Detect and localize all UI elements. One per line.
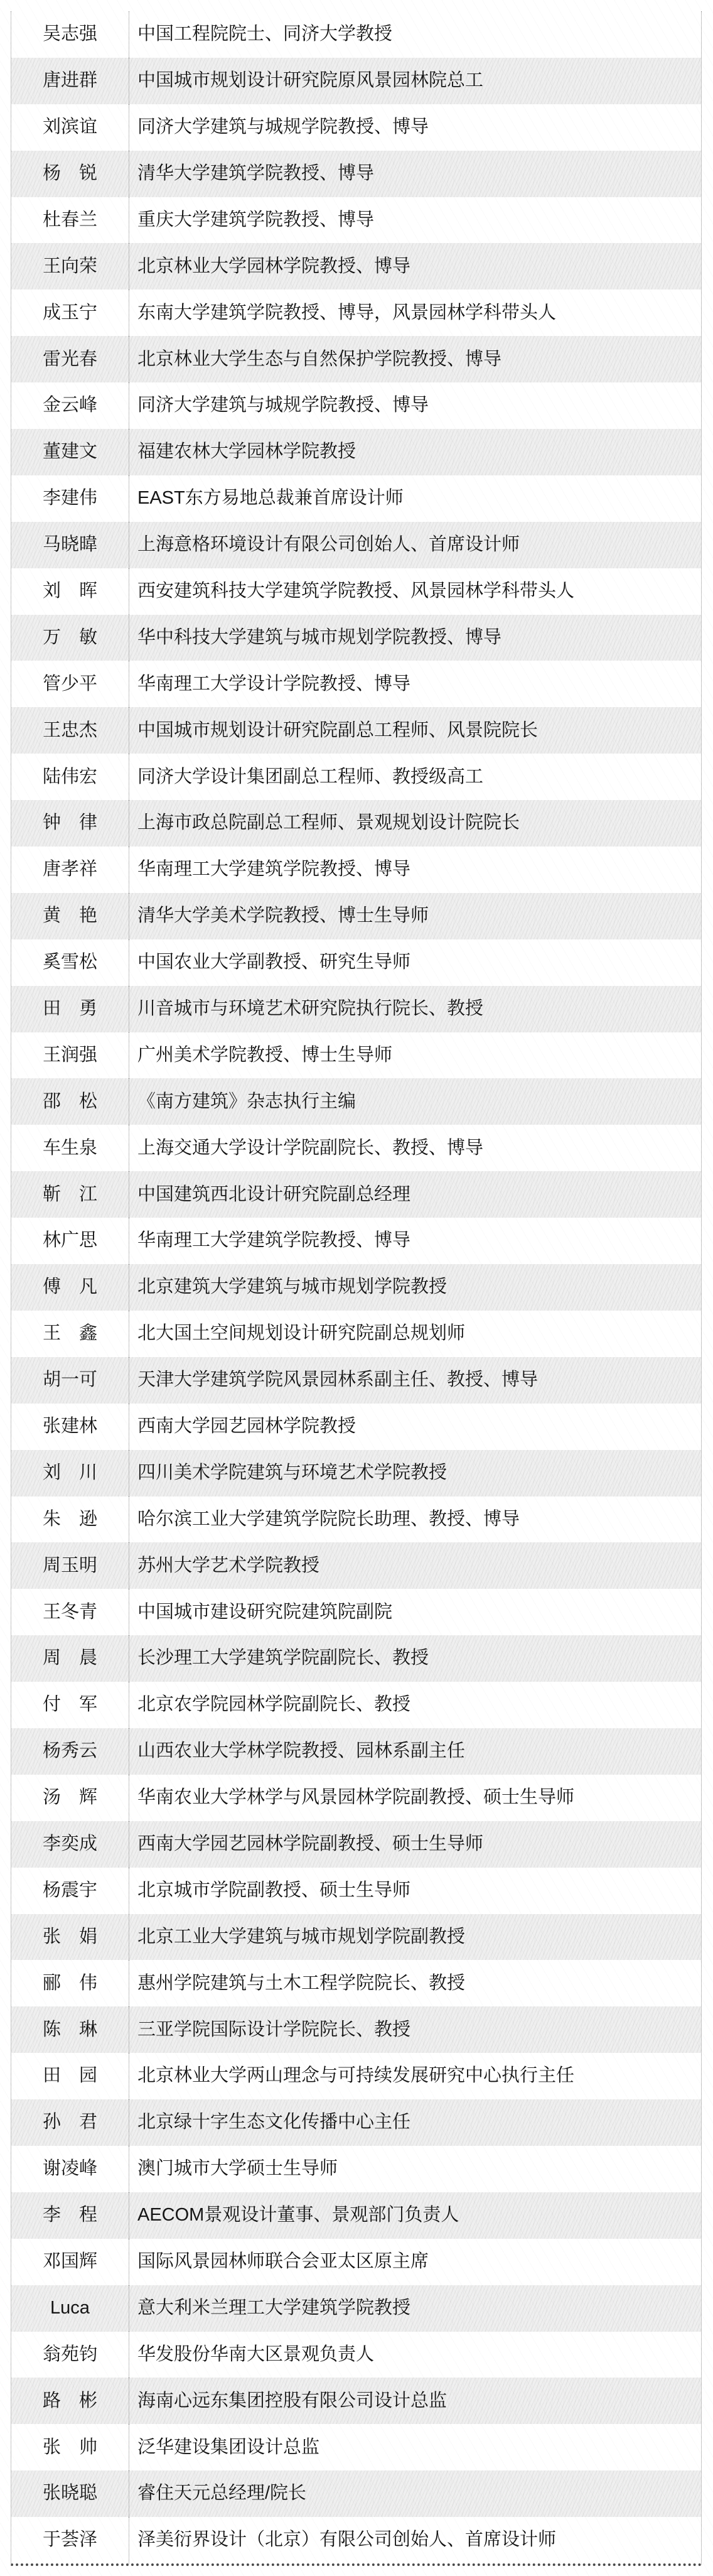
table-row: 张晓聪 睿住天元总经理/院长 xyxy=(11,2470,701,2517)
table-row: 邵 松 《南方建筑》杂志执行主编 xyxy=(11,1078,701,1125)
expert-name: 李奕成 xyxy=(11,1821,129,1868)
expert-name: 刘滨谊 xyxy=(11,104,129,151)
expert-title: 惠州学院建筑与土木工程学院院长、教授 xyxy=(129,1960,701,2006)
expert-name: 管少平 xyxy=(11,661,129,707)
table-row: 路 彬 海南心远东集团控股有限公司设计总监 xyxy=(11,2378,701,2424)
table-row: 王润强 广州美术学院教授、博士生导师 xyxy=(11,1032,701,1079)
table-row: 王 鑫 北大国土空间规划设计研究院副总规划师 xyxy=(11,1311,701,1357)
expert-name: Luca xyxy=(11,2285,129,2332)
table-row: 张建林 西南大学园艺园林学院教授 xyxy=(11,1404,701,1450)
expert-title: 华南理工大学设计学院教授、博导 xyxy=(129,661,701,707)
table-row: 杜春兰 重庆大学建筑学院教授、博导 xyxy=(11,197,701,244)
table-row: 刘 川 四川美术学院建筑与环境艺术学院教授 xyxy=(11,1450,701,1496)
expert-name: 孙 君 xyxy=(11,2099,129,2146)
expert-name: 林广思 xyxy=(11,1218,129,1264)
expert-title: 东南大学建筑学院教授、博导，风景园林学科带头人 xyxy=(129,290,701,336)
table-row: 傅 凡 北京建筑大学建筑与城市规划学院教授 xyxy=(11,1264,701,1311)
table-row: 李 程 AECOM景观设计董事、景观部门负责人 xyxy=(11,2192,701,2239)
table-row: 王忠杰 中国城市规划设计研究院副总工程师、风景院院长 xyxy=(11,707,701,754)
expert-title: 三亚学院国际设计学院院长、教授 xyxy=(129,2006,701,2053)
expert-name: 汤 辉 xyxy=(11,1775,129,1821)
table-row: 张 娟 北京工业大学建筑与城市规划学院副教授 xyxy=(11,1914,701,1961)
expert-name: 王向荣 xyxy=(11,243,129,290)
expert-title: 中国工程院院士、同济大学教授 xyxy=(129,11,701,58)
expert-title: 睿住天元总经理/院长 xyxy=(129,2470,701,2517)
expert-title: 华南农业大学林学与风景园林学院副教授、硕士生导师 xyxy=(129,1775,701,1821)
expert-name: 董建文 xyxy=(11,429,129,475)
expert-title: 福建农林大学园林学院教授 xyxy=(129,429,701,475)
table-row: 田 勇 川音城市与环境艺术研究院执行院长、教授 xyxy=(11,986,701,1032)
table-row: 李建伟 EAST东方易地总裁兼首席设计师 xyxy=(11,475,701,522)
expert-name: 周玉明 xyxy=(11,1542,129,1589)
expert-title: 海南心远东集团控股有限公司设计总监 xyxy=(129,2378,701,2424)
expert-title: EAST东方易地总裁兼首席设计师 xyxy=(129,475,701,522)
expert-title: 同济大学建筑与城规学院教授、博导 xyxy=(129,104,701,151)
table-row: 谢凌峰 澳门城市大学硕士生导师 xyxy=(11,2146,701,2192)
expert-name: 郦 伟 xyxy=(11,1960,129,2006)
expert-name: 杜春兰 xyxy=(11,197,129,244)
expert-name: 成玉宁 xyxy=(11,290,129,336)
expert-title: 中国城市规划设计研究院副总工程师、风景院院长 xyxy=(129,707,701,754)
table-row: 翁苑钧 华发股份华南大区景观负责人 xyxy=(11,2332,701,2378)
expert-title: 中国建筑西北设计研究院副总经理 xyxy=(129,1171,701,1218)
expert-title: 中国城市建设研究院建筑院副院 xyxy=(129,1589,701,1635)
table-row: 王向荣 北京林业大学园林学院教授、博导 xyxy=(11,243,701,290)
expert-name: 杨 锐 xyxy=(11,151,129,197)
expert-name: 雷光春 xyxy=(11,336,129,382)
table-row: 吴志强 中国工程院院士、同济大学教授 xyxy=(11,11,701,58)
expert-title: 长沙理工大学建筑学院副院长、教授 xyxy=(129,1635,701,1682)
expert-title: 北京林业大学两山理念与可持续发展研究中心执行主任 xyxy=(129,2053,701,2099)
expert-name: 唐进群 xyxy=(11,58,129,104)
expert-name: 张 娟 xyxy=(11,1914,129,1961)
expert-title: 国际风景园林师联合会亚太区原主席 xyxy=(129,2239,701,2285)
expert-title: 上海交通大学设计学院副院长、教授、博导 xyxy=(129,1125,701,1171)
expert-name: 杨震宇 xyxy=(11,1868,129,1914)
expert-title: 华中科技大学建筑与城市规划学院教授、博导 xyxy=(129,615,701,661)
table-row: 雷光春 北京林业大学生态与自然保护学院教授、博导 xyxy=(11,336,701,382)
table-row: 陆伟宏 同济大学设计集团副总工程师、教授级高工 xyxy=(11,754,701,800)
table-row: 陈 琳 三亚学院国际设计学院院长、教授 xyxy=(11,2006,701,2053)
table-row: 刘 晖 西安建筑科技大学建筑学院教授、风景园林学科带头人 xyxy=(11,568,701,615)
table-row: 林广思 华南理工大学建筑学院教授、博导 xyxy=(11,1218,701,1264)
expert-name: 吴志强 xyxy=(11,11,129,58)
expert-title: 北大国土空间规划设计研究院副总规划师 xyxy=(129,1311,701,1357)
table-row: 汤 辉 华南农业大学林学与风景园林学院副教授、硕士生导师 xyxy=(11,1775,701,1821)
expert-name: 黄 艳 xyxy=(11,893,129,939)
expert-name: 张晓聪 xyxy=(11,2470,129,2517)
expert-title: 北京建筑大学建筑与城市规划学院教授 xyxy=(129,1264,701,1311)
expert-title: 中国农业大学副教授、研究生导师 xyxy=(129,939,701,986)
expert-title: 清华大学美术学院教授、博士生导师 xyxy=(129,893,701,939)
expert-title: 中国城市规划设计研究院原风景园林院总工 xyxy=(129,58,701,104)
table-row: 于荟泽 泽美衍界设计（北京）有限公司创始人、首席设计师 xyxy=(11,2517,701,2563)
expert-title: 北京工业大学建筑与城市规划学院副教授 xyxy=(129,1914,701,1961)
expert-name: 傅 凡 xyxy=(11,1264,129,1311)
expert-title: 北京城市学院副教授、硕士生导师 xyxy=(129,1868,701,1914)
expert-title: 华南理工大学建筑学院教授、博导 xyxy=(129,1218,701,1264)
expert-name: 邓国辉 xyxy=(11,2239,129,2285)
table-row: 钟 律 上海市政总院副总工程师、景观规划设计院院长 xyxy=(11,800,701,847)
expert-name: 靳 江 xyxy=(11,1171,129,1218)
expert-table: 吴志强 中国工程院院士、同济大学教授 唐进群 中国城市规划设计研究院原风景园林院… xyxy=(11,11,702,2566)
expert-name: 张建林 xyxy=(11,1404,129,1450)
expert-title: 北京农学院园林学院副院长、教授 xyxy=(129,1682,701,1728)
table-row: 唐孝祥 华南理工大学建筑学院教授、博导 xyxy=(11,847,701,893)
expert-name: 钟 律 xyxy=(11,800,129,847)
expert-name: 王 鑫 xyxy=(11,1311,129,1357)
expert-title: 山西农业大学林学院教授、园林系副主任 xyxy=(129,1728,701,1775)
expert-name: 王润强 xyxy=(11,1032,129,1079)
table-row: 郦 伟 惠州学院建筑与土木工程学院院长、教授 xyxy=(11,1960,701,2006)
expert-name: 朱 逊 xyxy=(11,1496,129,1543)
table-row: 胡一可 天津大学建筑学院风景园林系副主任、教授、博导 xyxy=(11,1357,701,1404)
expert-name: 奚雪松 xyxy=(11,939,129,986)
table-row: 王冬青 中国城市建设研究院建筑院副院 xyxy=(11,1589,701,1635)
table-row: 刘滨谊 同济大学建筑与城规学院教授、博导 xyxy=(11,104,701,151)
expert-title: 同济大学建筑与城规学院教授、博导 xyxy=(129,382,701,429)
expert-title: 北京绿十字生态文化传播中心主任 xyxy=(129,2099,701,2146)
expert-name: 田 园 xyxy=(11,2053,129,2099)
expert-name: 王冬青 xyxy=(11,1589,129,1635)
expert-list-page: 吴志强 中国工程院院士、同济大学教授 唐进群 中国城市规划设计研究院原风景园林院… xyxy=(0,0,713,2576)
table-row: 张 帅 泛华建设集团设计总监 xyxy=(11,2424,701,2470)
expert-name: 王忠杰 xyxy=(11,707,129,754)
expert-name: 李 程 xyxy=(11,2192,129,2239)
expert-name: 万 敏 xyxy=(11,615,129,661)
expert-title: 哈尔滨工业大学建筑学院院长助理、教授、博导 xyxy=(129,1496,701,1543)
expert-title: 《南方建筑》杂志执行主编 xyxy=(129,1078,701,1125)
table-row: 李奕成 西南大学园艺园林学院副教授、硕士生导师 xyxy=(11,1821,701,1868)
expert-name: 杨秀云 xyxy=(11,1728,129,1775)
expert-name: 车生泉 xyxy=(11,1125,129,1171)
expert-title: 清华大学建筑学院教授、博导 xyxy=(129,151,701,197)
table-row: 杨 锐 清华大学建筑学院教授、博导 xyxy=(11,151,701,197)
expert-name: 于荟泽 xyxy=(11,2517,129,2563)
expert-title: 西安建筑科技大学建筑学院教授、风景园林学科带头人 xyxy=(129,568,701,615)
table-row: 黄 艳 清华大学美术学院教授、博士生导师 xyxy=(11,893,701,939)
expert-name: 金云峰 xyxy=(11,382,129,429)
expert-name: 周 晨 xyxy=(11,1635,129,1682)
table-row: 朱 逊 哈尔滨工业大学建筑学院院长助理、教授、博导 xyxy=(11,1496,701,1543)
table-row: 邓国辉 国际风景园林师联合会亚太区原主席 xyxy=(11,2239,701,2285)
table-row: 万 敏 华中科技大学建筑与城市规划学院教授、博导 xyxy=(11,615,701,661)
table-row: 田 园 北京林业大学两山理念与可持续发展研究中心执行主任 xyxy=(11,2053,701,2099)
expert-name: 唐孝祥 xyxy=(11,847,129,893)
table-row: 付 军 北京农学院园林学院副院长、教授 xyxy=(11,1682,701,1728)
expert-name: 陆伟宏 xyxy=(11,754,129,800)
expert-name: 陈 琳 xyxy=(11,2006,129,2053)
expert-title: 意大利米兰理工大学建筑学院教授 xyxy=(129,2285,701,2332)
table-row: 靳 江 中国建筑西北设计研究院副总经理 xyxy=(11,1171,701,1218)
table-row: 杨震宇 北京城市学院副教授、硕士生导师 xyxy=(11,1868,701,1914)
expert-name: 张 帅 xyxy=(11,2424,129,2470)
table-row: 董建文 福建农林大学园林学院教授 xyxy=(11,429,701,475)
table-row: 马晓暐 上海意格环境设计有限公司创始人、首席设计师 xyxy=(11,522,701,568)
table-row: 金云峰 同济大学建筑与城规学院教授、博导 xyxy=(11,382,701,429)
expert-title: 华发股份华南大区景观负责人 xyxy=(129,2332,701,2378)
table-row: 奚雪松 中国农业大学副教授、研究生导师 xyxy=(11,939,701,986)
expert-title: AECOM景观设计董事、景观部门负责人 xyxy=(129,2192,701,2239)
table-row: 孙 君 北京绿十字生态文化传播中心主任 xyxy=(11,2099,701,2146)
expert-title: 北京林业大学生态与自然保护学院教授、博导 xyxy=(129,336,701,382)
expert-title: 上海意格环境设计有限公司创始人、首席设计师 xyxy=(129,522,701,568)
expert-title: 重庆大学建筑学院教授、博导 xyxy=(129,197,701,244)
expert-name: 胡一可 xyxy=(11,1357,129,1404)
expert-title: 华南理工大学建筑学院教授、博导 xyxy=(129,847,701,893)
expert-title: 北京林业大学园林学院教授、博导 xyxy=(129,243,701,290)
expert-name: 翁苑钧 xyxy=(11,2332,129,2378)
expert-name: 田 勇 xyxy=(11,986,129,1032)
expert-title: 同济大学设计集团副总工程师、教授级高工 xyxy=(129,754,701,800)
expert-name: 刘 晖 xyxy=(11,568,129,615)
expert-name: 路 彬 xyxy=(11,2378,129,2424)
table-row: 管少平 华南理工大学设计学院教授、博导 xyxy=(11,661,701,707)
expert-name: 邵 松 xyxy=(11,1078,129,1125)
expert-title: 苏州大学艺术学院教授 xyxy=(129,1542,701,1589)
expert-name: 马晓暐 xyxy=(11,522,129,568)
expert-title: 西南大学园艺园林学院教授 xyxy=(129,1404,701,1450)
expert-title: 澳门城市大学硕士生导师 xyxy=(129,2146,701,2192)
expert-title: 泽美衍界设计（北京）有限公司创始人、首席设计师 xyxy=(129,2517,701,2563)
expert-title: 川音城市与环境艺术研究院执行院长、教授 xyxy=(129,986,701,1032)
table-row: 唐进群 中国城市规划设计研究院原风景园林院总工 xyxy=(11,58,701,104)
table-row: 成玉宁 东南大学建筑学院教授、博导，风景园林学科带头人 xyxy=(11,290,701,336)
table-row: 周玉明 苏州大学艺术学院教授 xyxy=(11,1542,701,1589)
expert-name: 刘 川 xyxy=(11,1450,129,1496)
expert-title: 天津大学建筑学院风景园林系副主任、教授、博导 xyxy=(129,1357,701,1404)
expert-title: 泛华建设集团设计总监 xyxy=(129,2424,701,2470)
expert-name: 谢凌峰 xyxy=(11,2146,129,2192)
expert-title: 西南大学园艺园林学院副教授、硕士生导师 xyxy=(129,1821,701,1868)
expert-name: 付 军 xyxy=(11,1682,129,1728)
table-row: 杨秀云 山西农业大学林学院教授、园林系副主任 xyxy=(11,1728,701,1775)
expert-name: 李建伟 xyxy=(11,475,129,522)
table-row: 车生泉 上海交通大学设计学院副院长、教授、博导 xyxy=(11,1125,701,1171)
table-row: 周 晨 长沙理工大学建筑学院副院长、教授 xyxy=(11,1635,701,1682)
table-row: Luca 意大利米兰理工大学建筑学院教授 xyxy=(11,2285,701,2332)
expert-title: 四川美术学院建筑与环境艺术学院教授 xyxy=(129,1450,701,1496)
expert-title: 广州美术学院教授、博士生导师 xyxy=(129,1032,701,1079)
expert-title: 上海市政总院副总工程师、景观规划设计院院长 xyxy=(129,800,701,847)
